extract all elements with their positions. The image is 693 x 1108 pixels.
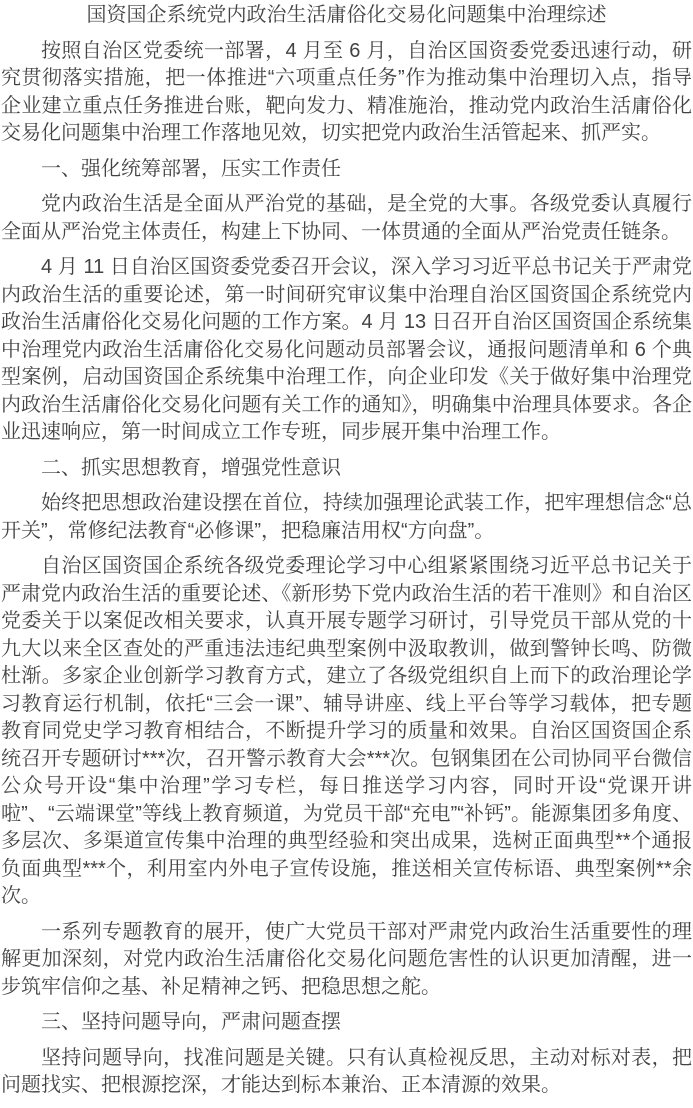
section-2-paragraph-2: 自治区国资国企系统各级党委理论学习中心组紧紧围绕习近平总书记关于严肃党内政治生活…: [1, 553, 692, 911]
section-1-paragraph-2: 4 月 11 日自治区国资委党委召开会议，深入学习习近平总书记关于严肃党内政治生…: [1, 254, 692, 447]
section-3-paragraph-1: 坚持问题导向，找准问题是关键。只有认真检视反思，主动对标对表，把问题找实、把根源…: [1, 1045, 692, 1100]
section-2-paragraph-3: 一系列专题教育的展开，使广大党员干部对严肃党内政治生活重要性的理解更加深刻，对党…: [1, 919, 692, 1002]
section-1-paragraph-1: 党内政治生活是全面从严治党的基础，是全党的大事。各级党委认真履行全面从严治党主体…: [1, 191, 692, 246]
section-2-heading: 二、抓实思想教育，增强党性意识: [1, 455, 692, 483]
section-3-heading: 三、坚持问题导向，严肃问题查摆: [1, 1009, 692, 1037]
intro-paragraph: 按照自治区党委统一部署，4 月至 6 月，自治区国资委党委迅速行动，研究贯彻落实…: [1, 38, 692, 148]
section-1-heading: 一、强化统筹部署，压实工作责任: [1, 156, 692, 184]
document-page: 国资国企系统党内政治生活庸俗化交易化问题集中治理综述 按照自治区党委统一部署，4…: [0, 0, 693, 1100]
section-2-paragraph-1: 始终把思想政治建设摆在首位，持续加强理论武装工作，把牢理想信念“总开关”，常修纪…: [1, 490, 692, 545]
document-title: 国资国企系统党内政治生活庸俗化交易化问题集中治理综述: [1, 2, 692, 30]
